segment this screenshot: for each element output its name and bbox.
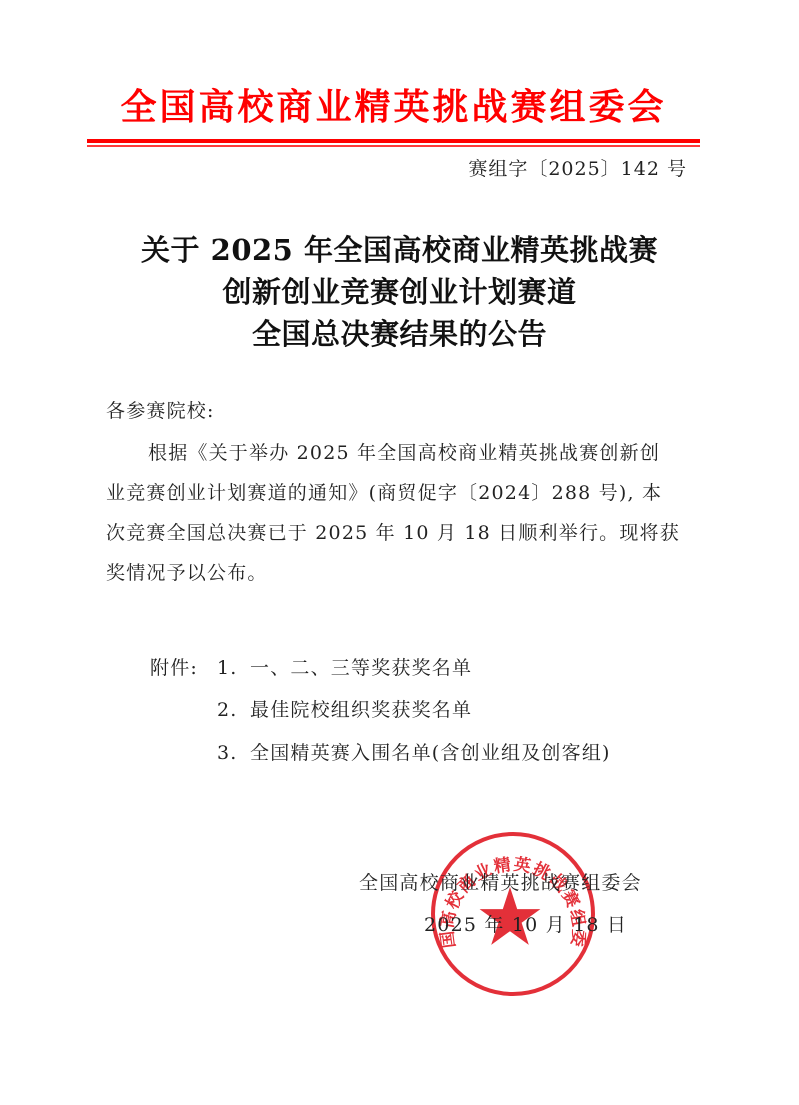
attachment-item: 全国精英赛入围名单(含创业组及创客组) <box>250 740 611 766</box>
paragraph-line: 根据《关于举办 2025 年全国高校商业精英挑战赛创新创 <box>148 440 660 466</box>
signature-date: 2025 年 10 月 18 日 <box>424 912 627 938</box>
signature-org: 全国高校商业精英挑战赛组委会 <box>359 870 642 896</box>
title-line-1: 关于 2025 年全国高校商业精英挑战赛 <box>0 230 799 270</box>
attachments-label: 附件: <box>150 655 198 681</box>
masthead-rule-thick <box>87 139 700 143</box>
paragraph-line: 次竞赛全国总决赛已于 2025 年 10 月 18 日顺利举行。现将获 <box>106 520 680 546</box>
attachment-number: 3. <box>217 740 238 766</box>
attachment-number: 1. <box>217 655 238 681</box>
salutation: 各参赛院校: <box>106 398 215 424</box>
masthead-org-name: 全国高校商业精英挑战赛组委会 <box>87 86 700 130</box>
title-line-2: 创新创业竞赛创业计划赛道 <box>0 272 799 312</box>
paragraph-line: 业竞赛创业计划赛道的通知》(商贸促字〔2024〕288 号), 本 <box>106 480 662 506</box>
attachment-number: 2. <box>217 697 238 723</box>
document-number: 赛组字〔2025〕142 号 <box>468 156 687 182</box>
attachment-item: 一、二、三等奖获奖名单 <box>250 655 472 681</box>
title-line-3: 全国总决赛结果的公告 <box>0 314 799 354</box>
attachment-item: 最佳院校组织奖获奖名单 <box>250 697 472 723</box>
masthead-rule-thin <box>87 145 700 147</box>
paragraph-line: 奖情况予以公布。 <box>106 560 268 586</box>
